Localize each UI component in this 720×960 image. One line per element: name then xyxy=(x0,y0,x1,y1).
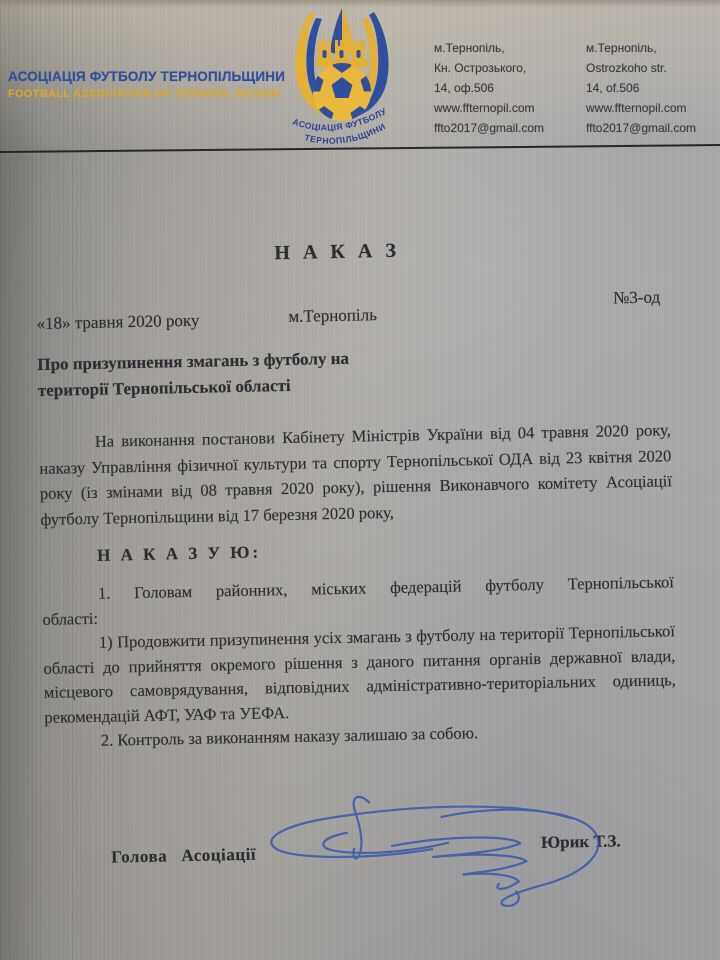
castle-icon xyxy=(316,40,368,67)
order-place: м.Тернопіль xyxy=(288,305,377,327)
order-subject: Про призупинення змагань з футболу на те… xyxy=(37,339,670,404)
association-logo: АСОЦІАЦІЯ ФУТБОЛУ ТЕРНОПІЛЬЩИНИ xyxy=(280,6,404,146)
order-number: №3-од xyxy=(613,287,660,308)
contact-block-english: м.Тернопіль, Ostrozkoho str. 14, of.506 … xyxy=(586,38,696,138)
contact-block-ukrainian: м.Тернопіль, Кн. Острозького, 14, оф.506… xyxy=(434,38,544,138)
contact-line-city-en: м.Тернопіль, xyxy=(586,38,696,58)
contact-line-website-uk: www.ffternopil.com xyxy=(434,98,544,118)
contact-line-street-en: Ostrozkoho str. xyxy=(586,58,696,78)
order-meta-row: «18» травня 2020 року м.Тернопіль №3-од xyxy=(36,287,669,346)
scanned-order-page: АСОЦІАЦІЯ ФУТБОЛУ ТЕРНОПІЛЬЩИНИ FOOTBALL… xyxy=(0,0,720,960)
order-date: «18» травня 2020 року xyxy=(36,311,199,334)
order-heading: Н А К А З У Ю: xyxy=(97,534,673,566)
preamble-paragraph: На виконання постанови Кабінету Міністрі… xyxy=(39,417,673,532)
org-name-english: FOOTBALL ASSOCIATION OF TERNOPIL REGION xyxy=(8,88,281,100)
contact-line-office-en: 14, of.506 xyxy=(586,78,696,98)
contact-line-email-en: ffto2017@gmail.com xyxy=(586,118,696,138)
org-name-ukrainian: АСОЦІАЦІЯ ФУТБОЛУ ТЕРНОПІЛЬЩИНИ xyxy=(8,69,285,84)
contact-line-email-uk: ffto2017@gmail.com xyxy=(434,118,544,138)
contact-line-street-uk: Кн. Острозького, xyxy=(434,58,544,78)
signature-role: Голова Асоціації xyxy=(111,844,256,867)
contact-line-city-uk: м.Тернопіль, xyxy=(434,38,544,58)
order-document: Н А К А З «18» травня 2020 року м.Терноп… xyxy=(35,234,680,918)
contact-line-website-en: www.ffternopil.com xyxy=(586,98,696,118)
order-title: Н А К А З xyxy=(21,235,653,271)
order-item-1-1: 1) Продовжити призупинення усіх змагань … xyxy=(43,619,677,730)
contact-line-office-uk: 14, оф.506 xyxy=(434,78,544,98)
signature-row: Голова Асоціації Юрик Т.З. xyxy=(47,822,681,919)
handwritten-signature xyxy=(251,789,613,924)
